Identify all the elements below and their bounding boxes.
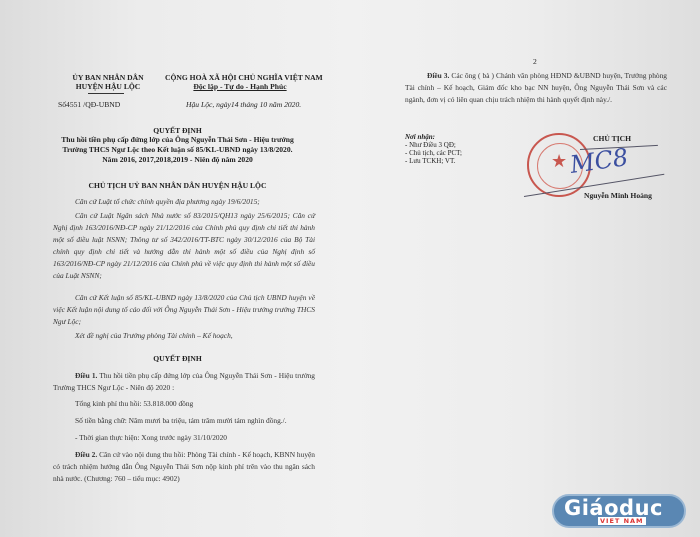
doc-title: QUYẾT ĐỊNH <box>45 126 310 135</box>
subject-line: Trường THCS Ngư Lộc theo Kết luận số 85/… <box>45 145 310 154</box>
issuer-underline <box>88 93 124 94</box>
amount-in-words: Số tiền bằng chữ: Năm mươi ba triệu, tám… <box>75 415 320 427</box>
authority-heading: CHỦ TỊCH UỶ BAN NHÂN DÂN HUYỆN HẬU LỘC <box>45 181 310 190</box>
star-icon: ★ <box>551 151 567 172</box>
issuer-name: ỦY BAN NHÂN DÂN <box>58 73 158 82</box>
page-number: 2 <box>533 57 537 66</box>
recipient-item: - Chủ tịch, các PCT; <box>405 149 462 157</box>
decision-heading: QUYẾT ĐỊNH <box>45 354 310 363</box>
basis-paragraph: Căn cứ Luật tổ chức chính quyền địa phươ… <box>75 196 315 208</box>
subject-line: Năm 2016, 2017,2018,2019 - Niên độ năm 2… <box>45 155 310 164</box>
article-1-label: Điều 1. <box>75 371 97 380</box>
doc-number: Số4551 /QĐ-UBND <box>58 100 120 109</box>
article-2: Điều 2. Căn cứ vào nội dung thu hồi: Phò… <box>53 449 315 485</box>
place-date: Hậu Lộc, ngày14 tháng 10 năm 2020. <box>186 100 301 109</box>
recipient-item: - Lưu TCKH; VT. <box>405 157 455 165</box>
recipient-item: - Như Điều 3 QĐ; <box>405 141 456 149</box>
basis-paragraph: Căn cứ Luật Ngân sách Nhà nước số 83/201… <box>53 210 315 282</box>
total-amount: Tổng kinh phí thu hồi: 53.818.000 đồng <box>75 398 315 410</box>
subject-line: Thu hồi tiền phụ cấp đứng lớp của Ông Ng… <box>45 135 310 144</box>
recipients-heading: Nơi nhận: <box>405 133 435 141</box>
article-3-label: Điều 3. <box>427 71 449 80</box>
signer-title: CHỦ TỊCH <box>593 134 631 143</box>
deadline: - Thời gian thực hiện: Xong trước ngày 3… <box>75 432 315 444</box>
article-2-label: Điều 2. <box>75 450 97 459</box>
basis-paragraph: Căn cứ Kết luận số 85/KL-UBND ngày 13/8/… <box>53 292 315 328</box>
giaoduc-logo: Giáoduc VIET NAM <box>552 494 686 528</box>
logo-subtitle: VIET NAM <box>598 517 646 525</box>
basis-paragraph: Xét đề nghị của Trưởng phòng Tài chính –… <box>75 330 315 342</box>
issuer-district: HUYỆN HẬU LỘC <box>58 82 158 91</box>
article-1: Điều 1. Thu hồi tiền phụ cấp đứng lớp củ… <box>53 370 315 394</box>
national-motto: Độc lập - Tự do - Hạnh Phúc <box>165 82 315 91</box>
article-3: Điều 3. Các ông ( bà ) Chánh văn phòng H… <box>405 70 667 106</box>
national-title: CỘNG HOÀ XÃ HỘI CHỦ NGHĨA VIỆT NAM <box>165 73 315 82</box>
signer-name: Nguyễn Minh Hoàng <box>584 191 652 200</box>
